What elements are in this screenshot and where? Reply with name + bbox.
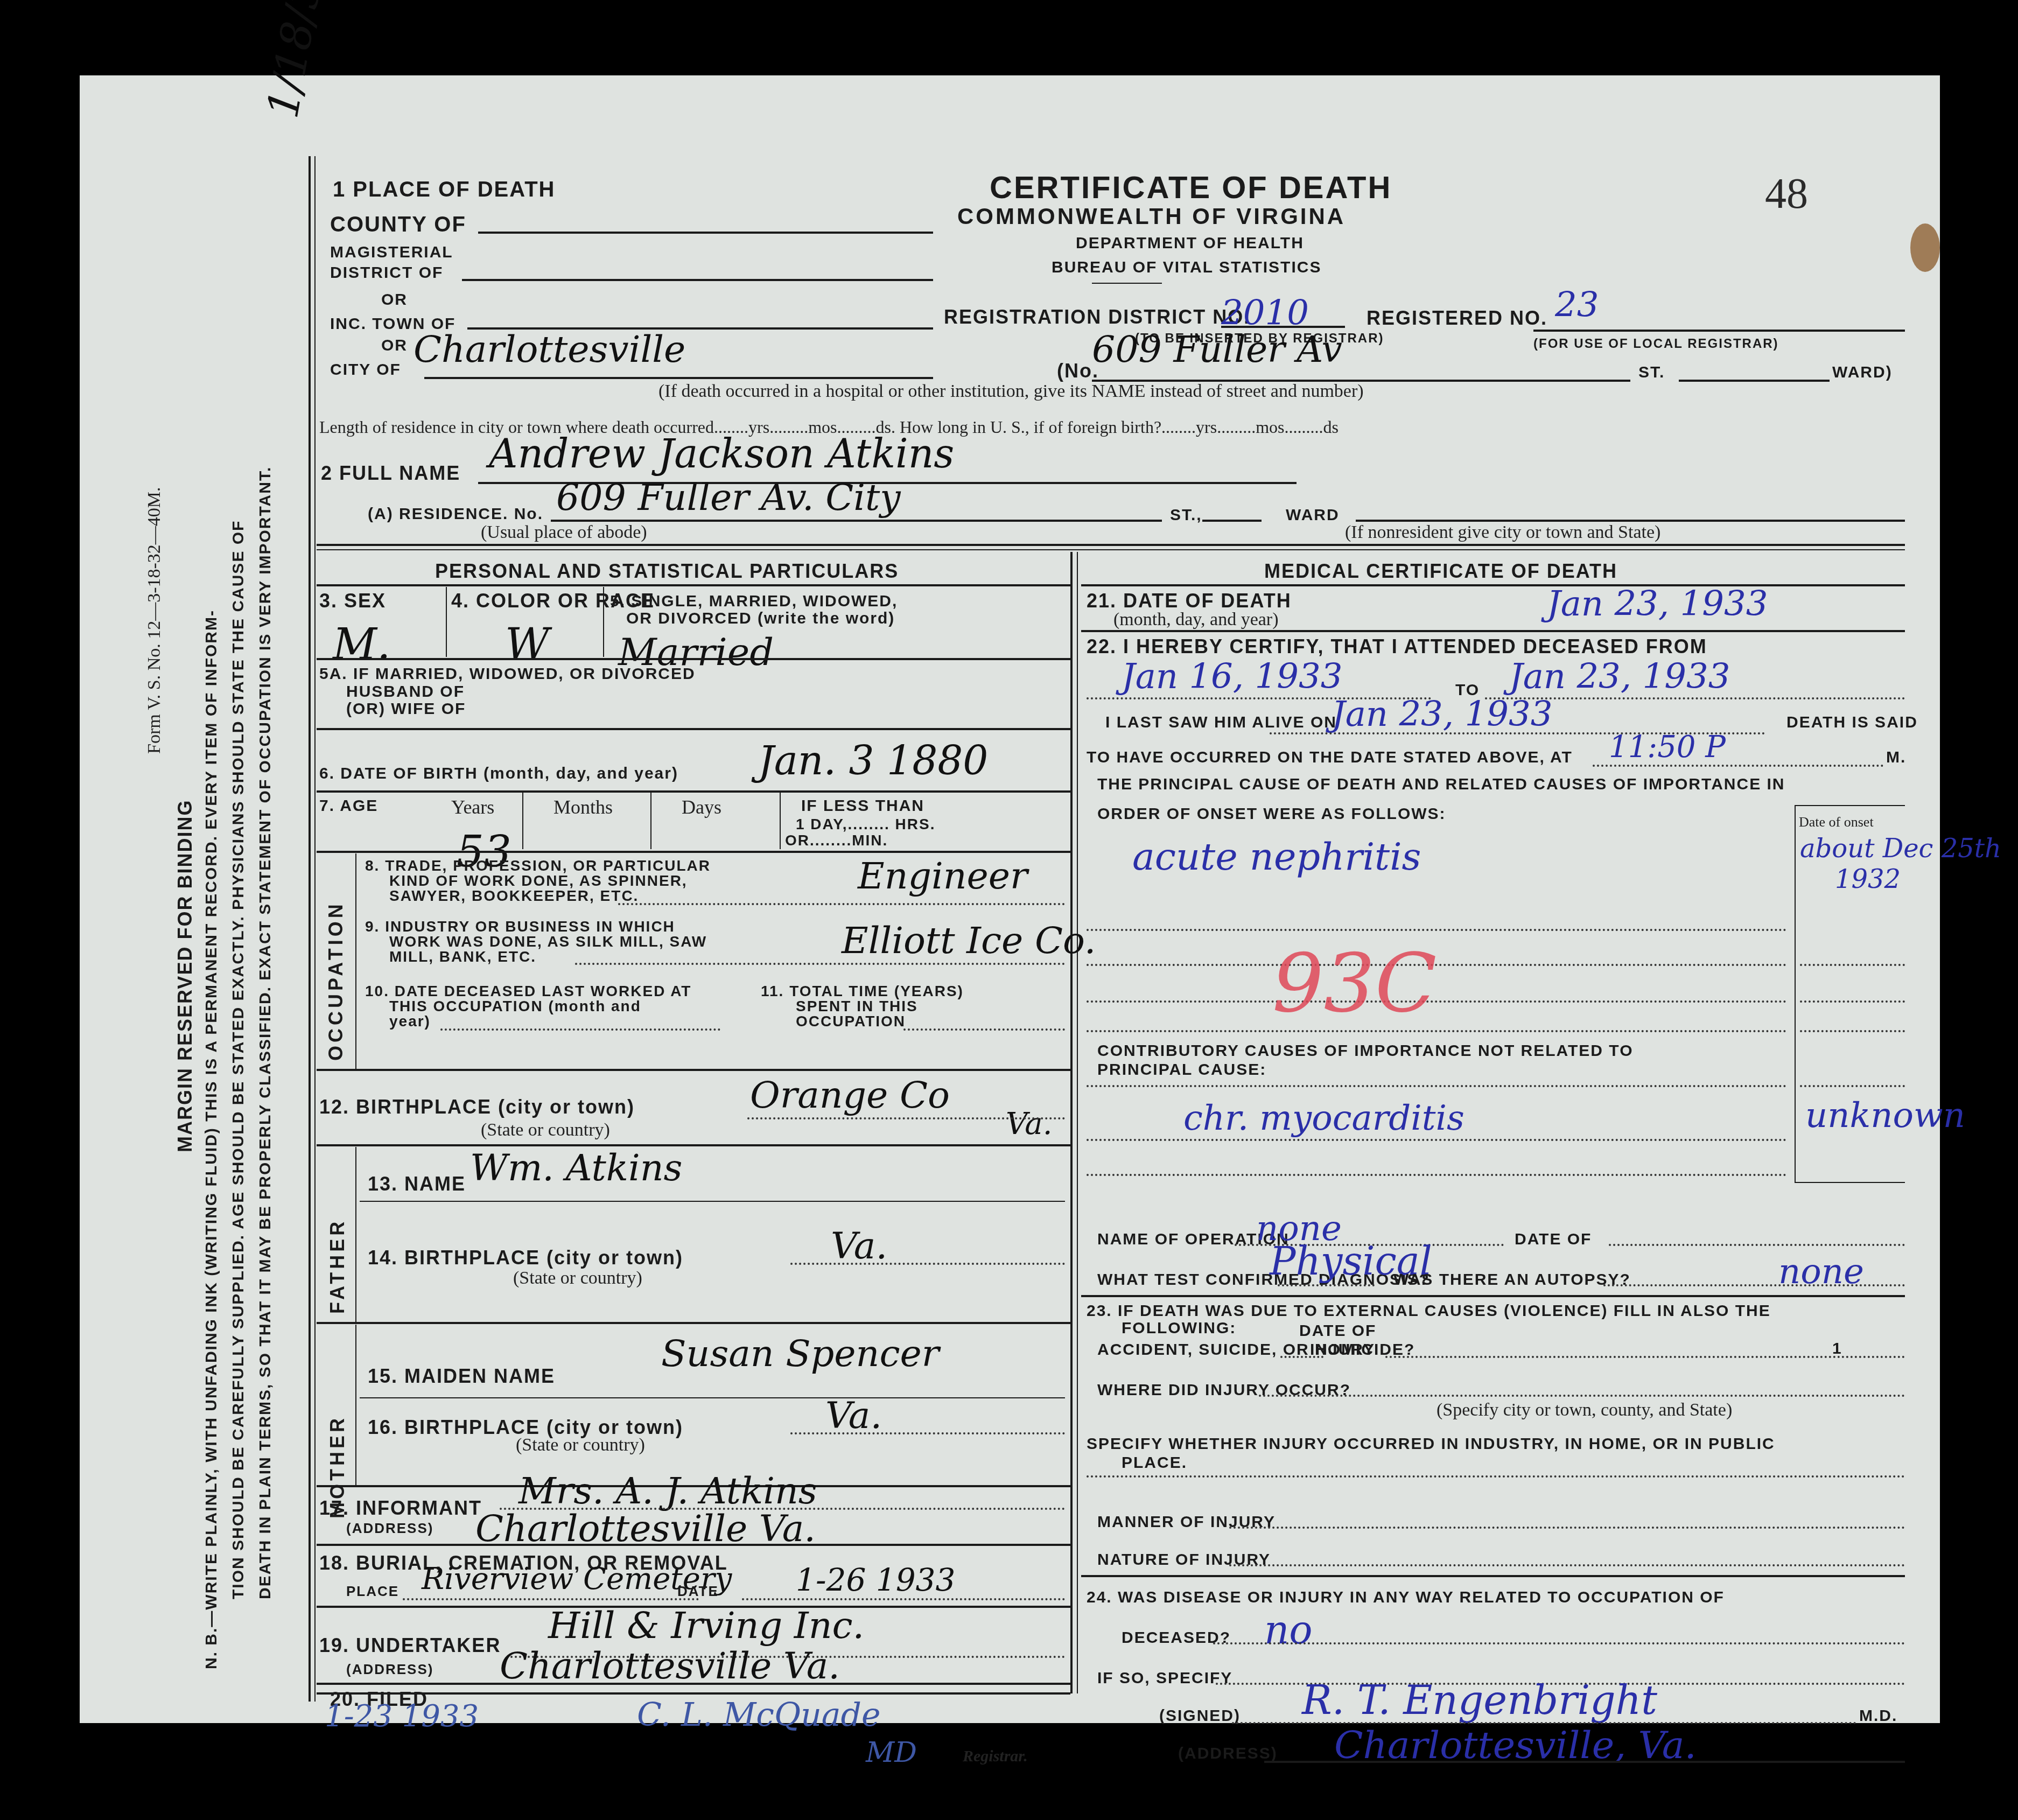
test-field[interactable] [1278,1284,1375,1286]
sex-label: 3. SEX [319,590,386,612]
instruction-line-2: TION SHOULD BE CAREFULLY SUPPLIED. AGE S… [229,520,248,1599]
manner-injury-field[interactable] [1229,1527,1905,1529]
informant-value[interactable]: Mrs. A. J. Atkins [518,1470,817,1513]
mother-name-label: 15. MAIDEN NAME [368,1365,555,1388]
less-than-label-1: IF LESS THAN [801,797,924,815]
instruction-line-3: DEATH IN PLAIN TERMS, SO THAT IT MAY BE … [256,466,275,1599]
county-field[interactable] [478,232,933,234]
street-st-label: ST. [1638,363,1665,382]
row-rule-occupation [317,1069,1070,1071]
autopsy-label: WAS THERE AN AUTOPSY? [1393,1271,1631,1289]
residence-st-label: ST., [1170,506,1202,524]
street-value[interactable]: 609 Fuller Av [1092,328,1342,371]
principal-cause-label-2: ORDER OF ONSET WERE AS FOLLOWS: [1097,805,1446,823]
autopsy-field[interactable] [1603,1284,1905,1286]
birthplace-field[interactable] [747,1117,1065,1119]
specify-injury-label-2: PLACE. [1122,1454,1187,1472]
birthplace-state-value[interactable]: Va. [1006,1107,1053,1142]
injury-label: INJURY [1310,1341,1375,1359]
residence-label: (A) RESIDENCE. No. [368,505,543,523]
informant-address-label: (ADDRESS) [346,1520,433,1537]
medical-header-rule [1081,584,1905,586]
principal-cause-label-1: THE PRINCIPAL CAUSE OF DEATH AND RELATED… [1097,775,1785,794]
row-rule-23 [1081,1575,1905,1577]
row-rule-21 [1081,630,1905,632]
occurred-time-label: TO HAVE OCCURRED ON THE DATE STATED ABOV… [1087,748,1573,767]
bureau-name: BUREAU OF VITAL STATISTICS [1052,258,1321,277]
onset-line-4[interactable] [1800,1030,1905,1032]
age-label: 7. AGE [319,797,378,815]
row-rule-informant [317,1544,1070,1546]
onset-value-2[interactable]: 1932 [1835,864,1901,894]
trade-value[interactable]: Engineer [858,855,1028,898]
operation-date-label: DATE OF [1515,1230,1592,1249]
district-field[interactable] [462,279,933,281]
contrib-line-2[interactable] [1087,1139,1786,1141]
signed-label: (SIGNED) [1159,1707,1241,1725]
form-id: Form V. S. No. 12—3-18-32—40M. [144,487,165,754]
age-days-divider [780,793,781,849]
age-days-label: Days [682,796,721,818]
external-causes-label-1: 23. IF DEATH WAS DUE TO EXTERNAL CAUSES … [1087,1302,1771,1320]
informant-label: 17. INFORMANT [319,1497,482,1520]
father-name-label: 13. NAME [368,1173,466,1195]
sex-value[interactable]: M. [333,619,390,669]
ward-field[interactable] [1679,380,1830,382]
contributory-onset-value[interactable]: unknown [1805,1096,1965,1136]
birthplace-label: 12. BIRTHPLACE (city or town) [319,1096,635,1118]
age-years-divider [522,793,523,849]
burial-date-label: DATE [677,1583,719,1600]
margin-handwritten-date: 1/18/33 [257,0,335,122]
department-name: DEPARTMENT OF HEALTH [1076,234,1304,253]
margin-binding-note: MARGIN RESERVED FOR BINDING [174,800,197,1152]
row-rule-6 [317,790,1070,793]
registrar-md: MD [866,1737,917,1769]
undertaker-address-value[interactable]: Charlottesville Va. [500,1645,840,1688]
full-name-value[interactable]: Andrew Jackson Atkins [489,431,954,477]
time-of-death-value[interactable]: 11:50 P [1609,730,1726,765]
burial-date-field[interactable] [742,1598,1065,1600]
injury-year-prefix: 1 [1832,1340,1842,1358]
race-marital-divider [603,587,604,657]
row-rule-undertaker [317,1683,1070,1685]
father-birthplace-label: 14. BIRTHPLACE (city or town) [368,1247,683,1269]
city-value[interactable]: Charlottesville [414,328,685,371]
death-certificate-page: Form V. S. No. 12—3-18-32—40M. MARGIN RE… [80,75,1940,1723]
registered-no-value[interactable]: 23 [1555,285,1599,325]
registration-district-field[interactable] [1221,326,1345,328]
physician-address-field[interactable] [1264,1761,1905,1763]
residence-field[interactable] [551,520,1162,522]
registrar-label: Registrar. [963,1747,1028,1766]
or-label-1: OR [381,291,408,309]
row-rule-5a [317,728,1070,730]
onset-line-2[interactable] [1800,964,1905,966]
onset-line-3[interactable] [1800,1000,1905,1003]
father-birthplace-field[interactable] [790,1263,1065,1265]
dob-label: 6. DATE OF BIRTH (month, day, and year) [319,765,678,783]
industry-value[interactable]: Elliott Ice Co. [842,920,1096,962]
mother-birthplace-sub-label: (State or country) [516,1435,645,1455]
age-months-label: Months [553,796,613,818]
full-name-label: 2 FULL NAME [321,462,460,485]
contrib-line-1[interactable] [1087,1085,1786,1087]
red-classification-code: 93C [1272,937,1437,1031]
residence-st-field[interactable] [1202,520,1262,522]
registration-district-label: REGISTRATION DISTRICT NO. [944,306,1250,328]
principal-cause-value[interactable]: acute nephritis [1132,835,1421,879]
contributory-label-2: PRINCIPAL CAUSE: [1097,1061,1266,1079]
abode-note: (Usual place of abode) [481,522,647,543]
last-worked-field[interactable] [440,1028,720,1031]
father-birthplace-sub-label: (State or country) [513,1268,642,1289]
occupation-side-label: OCCUPATION [325,901,347,1061]
dob-value[interactable]: Jan. 3 1880 [758,738,988,784]
industry-label-3: MILL, BANK, ETC. [389,948,536,965]
where-injury-field[interactable] [1259,1395,1905,1397]
last-worked-label-3: year) [389,1013,431,1030]
contributory-cause-value[interactable]: chr. myocarditis [1183,1098,1465,1138]
occupation-related-value[interactable]: no [1264,1607,1313,1653]
onset-value-1[interactable]: about Dec 25th [1800,834,2001,864]
registered-no-note: (FOR USE OF LOCAL REGISTRAR) [1533,337,1779,352]
row-rule-22 [1081,1295,1905,1297]
center-column-rule-inner [1077,552,1078,1693]
time-meridiem-label: M. [1886,748,1906,767]
personal-section-title: PERSONAL AND STATISTICAL PARTICULARS [435,560,899,583]
marital-label: 5. SINGLE, MARRIED, WIDOWED, [610,592,898,611]
attended-from-value[interactable]: Jan 16, 1933 [1122,657,1342,697]
trade-label-3: SAWYER, BOOKKEEPER, ETC. [389,887,639,905]
total-time-label-3: OCCUPATION [796,1013,906,1030]
place-of-death-label: 1 PLACE OF DEATH [333,178,556,202]
onset-box-top [1795,805,1905,806]
onset-header: Date of onset [1799,814,1874,830]
if-so-label: IF SO, SPECIFY [1097,1669,1232,1688]
section-divider-top [317,544,1905,546]
age-months-divider [650,793,651,849]
paper-stain [1910,223,1940,272]
undertaker-address-label: (ADDRESS) [346,1661,433,1678]
date-of-death-sub-label: (month, day, and year) [1113,610,1279,630]
operation-date-field[interactable] [1609,1244,1905,1246]
row-rule-5 [317,658,1070,660]
father-name-value[interactable]: Wm. Atkins [470,1147,683,1189]
bottom-rule-left [317,1692,1070,1695]
contributory-label-1: CONTRIBUTORY CAUSES OF IMPORTANCE NOT RE… [1097,1042,1633,1060]
occupation-related-label: 24. WAS DISEASE OR INJURY IN ANY WAY REL… [1087,1588,1725,1607]
injury-date-of-label: DATE OF [1299,1322,1376,1340]
undertaker-label: 19. UNDERTAKER [319,1634,501,1657]
spouse-label-1: 5A. IF MARRIED, WIDOWED, OR DIVORCED [319,665,696,683]
time-of-death-field[interactable] [1593,765,1883,767]
age-years-label: Years [451,796,494,818]
father-side-rule [355,1147,356,1322]
total-time-field[interactable] [903,1028,1065,1031]
marital-label-2: OR DIVORCED (write the word) [626,610,895,628]
residence-ward-label: WARD [1286,506,1340,524]
race-value[interactable]: W [505,619,549,669]
or-label-2: OR [381,337,408,355]
specify-injury-label-1: SPECIFY WHETHER INJURY OCCURRED IN INDUS… [1087,1435,1775,1453]
row-rule-7 [317,851,1070,853]
occupation-related-field[interactable] [1213,1642,1905,1644]
row-rule-12 [317,1144,1070,1146]
left-rule-inner [314,156,316,1702]
father-side-label: FATHER [326,1219,349,1314]
less-than-label-2: 1 DAY,........ HRS. [796,816,935,833]
personal-header-rule [317,584,1070,586]
cause-line-1[interactable] [1087,929,1786,931]
specify-injury-field[interactable] [1087,1475,1905,1478]
center-column-rule [1070,552,1073,1693]
father-birthplace-value[interactable]: Va. [831,1225,887,1268]
registered-no-field[interactable] [1533,330,1905,332]
county-label: COUNTY OF [330,213,466,237]
medical-section-title: MEDICAL CERTIFICATE OF DEATH [1264,560,1617,583]
mother-side-rule [355,1325,356,1486]
district-label: DISTRICT OF [330,264,443,282]
last-saw-value[interactable]: Jan 23, 1933 [1332,695,1552,734]
where-injury-sub-label: (Specify city or town, county, and State… [1437,1400,1732,1420]
birthplace-value[interactable]: Orange Co [750,1074,950,1117]
spouse-label-3: (OR) WIFE OF [346,700,466,718]
row-rule-father [317,1322,1070,1324]
ward-label: WARD) [1832,363,1893,382]
spouse-label-2: HUSBAND OF [346,683,465,701]
burial-place-label: PLACE [346,1583,399,1600]
burial-place-field[interactable] [403,1598,699,1600]
city-field[interactable] [424,377,933,379]
state-name: COMMONWEALTH OF VIRGINA [957,204,1346,229]
physician-signature[interactable]: R. T. Engenbright [1302,1677,1657,1724]
date-of-death-label: 21. DATE OF DEATH [1087,590,1292,612]
header-rule [1092,283,1162,284]
section-divider-top-inner [317,549,1905,550]
residence-ward-field[interactable] [1356,520,1905,522]
city-label: CITY OF [330,361,401,379]
magisterial-label: MAGISTERIAL [330,243,453,262]
industry-field[interactable] [575,963,1065,965]
occupation-side-rule [355,853,356,1069]
trade-field[interactable] [618,903,1065,905]
left-rule [309,156,311,1702]
registrar-signature[interactable]: C. L. McQuade [637,1696,880,1734]
nature-injury-field[interactable] [1229,1564,1905,1566]
birthplace-sub-label: (State or country) [481,1120,610,1140]
registered-no-label: REGISTERED NO. [1367,307,1547,330]
burial-date-value[interactable]: 1-26 1933 [796,1562,955,1598]
date-of-death-value[interactable]: Jan 23, 1933 [1547,584,1768,624]
sex-race-divider [446,587,447,657]
external-causes-label-2: FOLLOWING: [1122,1319,1236,1338]
signed-md-label: M.D. [1859,1707,1897,1725]
onset-box-bottom [1795,1182,1905,1183]
father-name-field[interactable] [360,1201,1065,1202]
mother-name-value[interactable]: Susan Spencer [661,1333,939,1375]
death-said-label: DEATH IS SAID [1786,713,1918,732]
contrib-line-3[interactable] [1087,1174,1786,1176]
last-saw-label: I LAST SAW HIM ALIVE ON [1105,713,1337,732]
certify-label: 22. I HEREBY CERTIFY, THAT I ATTENDED DE… [1087,635,1707,658]
undertaker-value[interactable]: Hill & Irving Inc. [548,1605,864,1647]
filed-date-value[interactable]: 1-23 1933 [325,1699,479,1734]
nonresident-note: (If nonresident give city or town and St… [1345,522,1660,543]
less-than-label-3: OR........MIN. [785,832,888,849]
physician-address-label: (ADDRESS) [1178,1745,1278,1763]
mother-birthplace-field[interactable] [790,1432,1065,1434]
residence-value[interactable]: 609 Fuller Av. City [556,477,901,519]
mother-birthplace-value[interactable]: Va. [825,1395,882,1437]
onset-column-rule [1795,805,1796,1182]
page-number: 48 [1765,170,1808,219]
contrib-onset-line-1[interactable] [1800,1085,1905,1087]
mother-name-field[interactable] [360,1397,1065,1398]
instruction-line-1: N. B.—WRITE PLAINLY, WITH UNFADING INK (… [202,610,221,1669]
attended-to-value[interactable]: Jan 23, 1933 [1509,657,1730,697]
certificate-title: CERTIFICATE OF DEATH [990,170,1392,206]
hospital-note: (If death occurred in a hospital or othe… [658,381,1364,402]
injury-date-field[interactable] [1385,1356,1905,1358]
